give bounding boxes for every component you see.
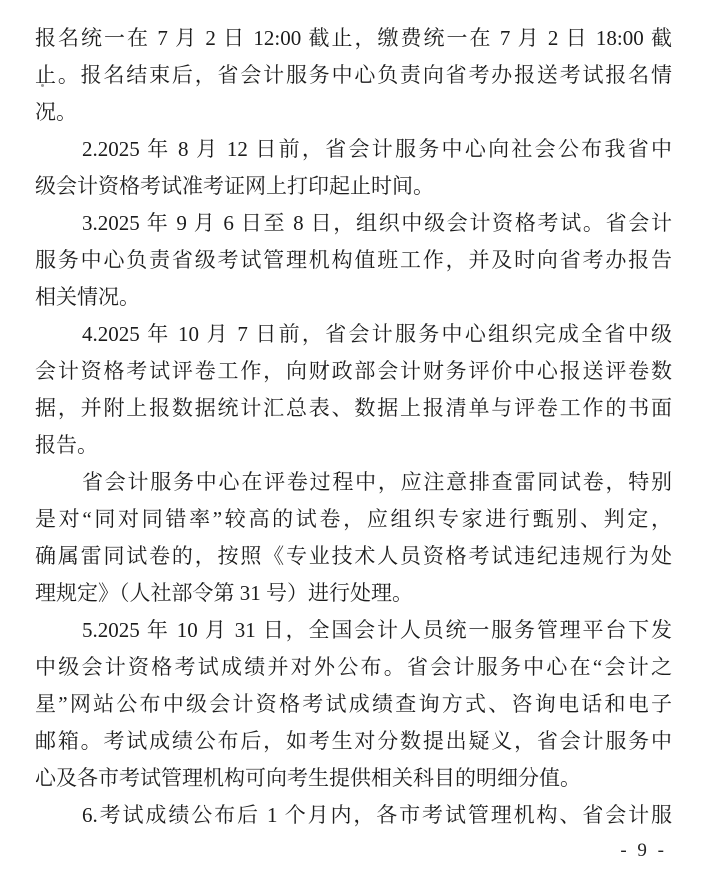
text-line: 会计资格考试评卷工作，向财政部会计财务评价中心报送评卷数 <box>35 353 672 390</box>
text-line: 星”网站公布中级会计资格考试成绩查询方式、咨询电话和电子 <box>35 686 672 723</box>
text-line: 况。 <box>35 94 672 131</box>
text-line: 中级会计资格考试成绩并对外公布。省会计服务中心在“会计之 <box>35 649 672 686</box>
text-line: 报告。 <box>35 427 672 464</box>
text-line: 级会计资格考试准考证网上打印起止时间。 <box>35 168 672 205</box>
text-line: 止。报名结束后，省会计服务中心负责向省考办报送考试报名情 <box>35 57 672 94</box>
text-line: 确属雷同试卷的，按照《专业技术人员资格考试违纪违规行为处 <box>35 538 672 575</box>
paragraph: 3.2025 年 9 月 6 日至 8 日，组织中级会计资格考试。省会计服务中心… <box>35 205 672 316</box>
text-line: 报名统一在 7 月 2 日 12:00 截止，缴费统一在 7 月 2 日 18:… <box>35 20 672 57</box>
paragraph: 6.考试成绩公布后 1 个月内，各市考试管理机构、省会计服 <box>35 797 672 834</box>
text-line: 相关情况。 <box>35 279 672 316</box>
text-line: 心及各市考试管理机构可向考生提供相关科目的明细分值。 <box>35 760 672 797</box>
text-line: 服务中心负责省级考试管理机构值班工作，并及时向省考办报告 <box>35 242 672 279</box>
text-line: 据，并附上报数据统计汇总表、数据上报清单与评卷工作的书面 <box>35 390 672 427</box>
paragraph: 5.2025 年 10 月 31 日，全国会计人员统一服务管理平台下发中级会计资… <box>35 612 672 797</box>
paragraph: 报名统一在 7 月 2 日 12:00 截止，缴费统一在 7 月 2 日 18:… <box>35 20 672 131</box>
document-body: 报名统一在 7 月 2 日 12:00 截止，缴费统一在 7 月 2 日 18:… <box>35 20 672 834</box>
text-line: 2.2025 年 8 月 12 日前，省会计服务中心向社会公布我省中 <box>35 131 672 168</box>
page-number: - 9 - <box>620 840 667 862</box>
text-line: 省会计服务中心在评卷过程中，应注意排查雷同试卷，特别 <box>35 464 672 501</box>
text-line: 6.考试成绩公布后 1 个月内，各市考试管理机构、省会计服 <box>35 797 672 834</box>
text-line: 5.2025 年 10 月 31 日，全国会计人员统一服务管理平台下发 <box>35 612 672 649</box>
paragraph: 省会计服务中心在评卷过程中，应注意排查雷同试卷，特别是对“同对同错率”较高的试卷… <box>35 464 672 612</box>
text-line: 邮箱。考试成绩公布后，如考生对分数提出疑义，省会计服务中 <box>35 723 672 760</box>
text-line: 理规定》（人社部令第 31 号）进行处理。 <box>35 575 672 612</box>
paragraph: 4.2025 年 10 月 7 日前，省会计服务中心组织完成全省中级会计资格考试… <box>35 316 672 464</box>
text-line: 是对“同对同错率”较高的试卷，应组织专家进行甄别、判定， <box>35 501 672 538</box>
paragraph: 2.2025 年 8 月 12 日前，省会计服务中心向社会公布我省中级会计资格考… <box>35 131 672 205</box>
scan-speck <box>41 84 44 87</box>
text-line: 3.2025 年 9 月 6 日至 8 日，组织中级会计资格考试。省会计 <box>35 205 672 242</box>
text-line: 4.2025 年 10 月 7 日前，省会计服务中心组织完成全省中级 <box>35 316 672 353</box>
document-page: 报名统一在 7 月 2 日 12:00 截止，缴费统一在 7 月 2 日 18:… <box>0 0 704 870</box>
